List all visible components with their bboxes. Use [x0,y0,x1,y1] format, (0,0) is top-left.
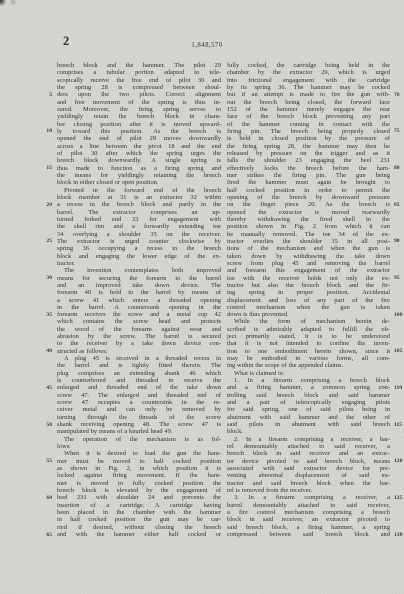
text-line: scribed is admirably adapted to fulfill … [227,326,390,333]
line-text: ing spring in proper position. Accidenta… [227,289,390,296]
text-line: ly toward this position. As the breech i… [57,128,221,135]
text-line: into frictional engagement with the cart… [227,77,390,84]
line-text: mer strikes the firing pin. The gun bein… [227,172,390,179]
text-line: said pilots in abutment with said breech… [227,421,390,428]
line-text: that it is not intended to confine the i… [227,340,390,347]
text-line: screw 47 occupies a countersink in the r… [57,399,221,406]
text-line: means for securing the forearm to the ba… [57,275,221,282]
text-line: 3. In a firearm comprising a receiver, a… [227,494,390,501]
line-text: tractor overlies the shoulder 35 in all … [227,238,390,245]
line-number: 30 [46,275,52,282]
line-text: tions of the mechanism and when the gun … [227,245,390,252]
text-line: tractor and said breech block when the b… [227,480,390,487]
text-line: ing spring in proper position. Accidenta… [227,289,390,296]
text-line: tractor. [57,260,221,267]
line-text: insertion of a cartridge. A cartridge ha… [57,502,221,509]
line-text: Pivoted in the forward end of the breech [64,187,221,194]
patent-page: 2 1,848,570 breech block and the hammer.… [0,0,404,594]
text-line: screw from plug 45 and removing the barr… [227,260,390,267]
text-line: rel is removed from the receiver. [227,487,390,494]
line-text: heel 231 with shoulder 24 and prevents t… [57,494,221,501]
line-text: of the hammer coming in contact with the [227,121,390,128]
text-line: tractor overlies the shoulder 35 in all … [227,238,390,245]
text-line: 34 overlying a shoulder 35 on the receiv… [57,231,221,238]
line-text: forearm receives the screw and a metal c… [57,311,221,318]
text-line: tractor but also the breech block and th… [227,282,390,289]
patent-number: 1,848,570 [57,42,357,49]
text-line: and free movement of the spring is thus … [57,99,221,106]
line-text: plug comprises an extending shank 46 whi… [57,370,221,377]
line-text: ders upon the two pilots. Correct alignm… [57,91,221,98]
line-text: the shell rim and a forwardly extending … [57,223,221,230]
text-line: The invention contemplates both improved [57,267,221,274]
text-line: The operation of the mechanism is as fol… [57,436,221,443]
line-text: breech block downwardly. A single spring… [57,157,221,164]
text-line: in the barrel. A countersunk opening in … [57,304,221,311]
text-line: which contains the screw head and protec… [57,318,221,325]
line-text: screw from plug 45 and removing the barr… [227,260,390,267]
text-line: ing within the scope of the appended cla… [227,362,390,369]
line-text: While the form of mechanism herein de- [234,318,390,325]
line-text: 152 of the hammer merely engages the rea… [227,106,390,113]
text-line: a fire control mechanism comprising a br… [227,509,390,516]
line-text: to the receiver by a take down device co… [57,340,221,347]
line-text: block and engaging the lower edge of the… [57,253,221,260]
line-number: 40 [46,348,52,355]
text-line: locked against firing movement. If the h… [57,472,221,479]
text-line: thus made to function as a firing spring… [57,165,221,172]
line-text: the means for yieldingly retaining the b… [57,172,221,179]
text-line: and an improved take down device. The [57,282,221,289]
line-text: breech block in said receiver and an ext… [227,450,390,457]
line-text: firing pin. The breech being properly cl… [227,128,390,135]
text-line: taken down by withdrawing the take down [227,253,390,260]
text-line: plug comprises an extending shank 46 whi… [57,370,221,377]
line-text: been placed in the chamber with the hamm… [57,509,221,516]
line-text: compressed between said breech block and [227,531,390,538]
line-text: forearm 40 is held to the barrel by mean… [57,289,221,296]
text-line: tor device pivoted to said breech block,… [227,458,390,465]
line-text: into frictional engagement with the cart… [227,77,390,84]
text-line: a screw 41 which enters a threaded openi… [57,297,221,304]
text-line: 2. In a firearm comprising a receiver, a… [227,436,390,443]
line-text: barrel. The extractor comprises an up- [57,209,221,216]
line-text: in the barrel. A countersunk opening in … [57,304,221,311]
line-number: 80 [394,165,400,172]
line-text: a recess in the breech block and partly … [57,201,221,208]
line-number: 10 [46,128,52,135]
line-text: said pilots in abutment with said breech [227,421,390,428]
line-text: block in said receiver, an extractor piv… [227,516,390,523]
line-text: ing within the scope of the appended cla… [227,362,343,369]
line-text: a screw 41 which enters a threaded openi… [57,297,221,304]
line-text: effectively locks the breech before the … [227,165,390,172]
text-line: as shown in Fig. 2, in which position it… [57,465,221,472]
line-text: ried if desired, without closing the bre… [57,524,221,531]
text-line: rel demountably attached to said receive… [227,443,390,450]
line-text: comprises a tubular portion adapted to t… [57,69,221,76]
line-text: manipulated by means of a knurled head 4… [57,428,172,435]
line-text: turned forked end 33 for engagement with [57,216,221,223]
line-text: The operation of the mechanism is as fol… [64,436,221,443]
line-text: and a pair of telescopically engaging pi… [227,399,390,406]
line-text: When it is desired to load the gun the h… [64,450,221,457]
line-number: 125 [394,495,402,502]
line-number: 55 [46,458,52,465]
text-line: heel 231 with shoulder 24 and prevents t… [57,494,221,501]
text-line: ceiver metal and can only be removed by [57,406,221,413]
text-line: fired the hammer must again be brought t… [227,179,390,186]
text-line: displacement and loss of any part of the… [227,297,390,304]
text-line: breech block in said receiver and an ext… [227,450,390,457]
line-number: 85 [394,202,400,209]
line-text: ject primarily stated, it is to be under… [227,333,390,340]
text-line: block. [227,428,390,435]
text-line: The extractor is urged counter clockwise… [57,238,221,245]
text-line: ders upon the two pilots. Correct alignm… [57,91,221,98]
line-number: 75 [394,128,400,135]
line-text: for said spring, one of said pilots bein… [227,406,390,413]
line-text: block. [227,428,243,435]
text-line: barrel. The extractor comprises an up- [57,209,221,216]
text-line: lows: [57,443,221,450]
line-text: tion to one embodiment herein shown, sin… [227,348,390,355]
line-text: The invention contemplates both improved [64,267,221,274]
line-number: 110 [394,385,402,392]
line-text: tractor and said breech block when the b… [227,480,390,487]
line-text: position shown in Fig. 2 from which it c… [227,223,390,230]
line-text: block in either closed or open position. [57,179,159,186]
text-line: abutment with said hammer and the other … [227,414,390,421]
line-text: scribed is admirably adapted to fulfill … [227,326,390,333]
text-line: and a firing hammer, a common spring con… [227,384,390,391]
text-line: chamber by the extractor 29, which is ur… [227,69,390,76]
line-text: rel is removed from the receiver. [227,487,312,494]
text-line: ber closing position after it is moved u… [57,121,221,128]
text-line: comprises a tubular portion adapted to t… [57,69,221,76]
line-text: 2. In a firearm comprising a receiver, a… [234,436,390,443]
line-text: trolling said breech block and said hamm… [227,392,390,399]
text-line: be manually removed. The toe 34 of the e… [227,231,390,238]
text-line: block in either closed or open position. [57,179,221,186]
text-line: been placed in the chamber with the hamm… [57,509,221,516]
text-line: 152 of the hammer merely engages the rea… [227,106,390,113]
line-text: mer is moved to fully cocked position th… [57,480,221,487]
line-text: tractor. [57,260,75,267]
line-text: fully cocked, the cartridge being held i… [227,62,390,69]
text-line: of pilot 30 after which the spring urges… [57,150,221,157]
text-line: associated with said extractor device fo… [227,465,390,472]
text-line: block member at 31 is an extractor 32 wi… [57,194,221,201]
text-line: opened the extractor is moved rearwardly [227,209,390,216]
text-line: breech block is elevated by the engageme… [57,487,221,494]
line-text: breech block and the hammer. The pilot 2… [57,62,221,69]
line-text: the barrel and is tightly fitted therein… [57,362,221,369]
text-line: mer must be moved to half cocked positio… [57,458,221,465]
line-text: screw 47 occupies a countersink in the r… [57,399,221,406]
text-line: opening of the breech by downward pressu… [227,194,390,201]
line-number: 50 [46,422,52,429]
text-line: the means for yieldingly retaining the b… [57,172,221,179]
text-line: A plug 45 is received in a threaded rece… [57,355,221,362]
line-text: the wood of the forearm against wear and [57,326,221,333]
line-number: 115 [394,422,402,429]
line-text: ber closing position after it is moved u… [57,121,221,128]
line-text: 34 overlying a shoulder 35 on the receiv… [57,231,221,238]
line-text: lows: [57,443,71,450]
line-text: mer must be moved to half cocked positio… [57,458,221,465]
line-text: yieldingly retain the breech block in ch… [57,113,221,120]
line-text: opening of the breech by downward pressu… [227,194,390,201]
line-text: the spring 28 is compressed between shou… [57,84,221,91]
line-text: tractor but also the breech block and th… [227,282,390,289]
line-text: rel demountably attached to said receive… [227,443,390,450]
text-line: sured. Moreover, the firing spring serve… [57,106,221,113]
line-number: 70 [394,92,400,99]
text-line: fully cocked, the cartridge being held i… [227,62,390,69]
line-text: control mechanism when the gun is taken [227,304,390,311]
line-text: locked against firing movement. If the h… [57,472,221,479]
text-line: abrasion by the screw. The barrel is sec… [57,333,221,340]
line-text: and forearm this engagement of the extra… [227,267,390,274]
line-text: associated with said extractor device fo… [227,465,390,472]
line-text: scopically receive the free end of pilot… [57,77,221,84]
text-line: the wood of the forearm against wear and [57,326,221,333]
text-line: ried if desired, without closing the bre… [57,524,221,531]
line-text: may be embodied in various forms, all co… [227,355,390,362]
line-text: said breech block, a firing hammer, a sp… [227,524,390,531]
text-line: released by pressure on the trigger and … [227,150,390,157]
text-line: block and engaging the lower edge of the… [57,253,221,260]
text-line: Pivoted in the forward end of the breech [57,187,221,194]
text-line: manipulated by means of a knurled head 4… [57,428,221,435]
line-number: 60 [46,495,52,502]
line-text: abutment with said hammer and the other … [227,414,390,421]
line-text: face of the breech block preventing any … [227,113,390,120]
line-text: shank receiving opening 48. The screw 47… [57,421,221,428]
text-line: barrel demountably attached to said rece… [227,502,390,509]
line-text: out the breech being closed, the forward… [227,99,390,106]
line-text: abrasion by the screw. The barrel is sec… [57,333,221,340]
text-line: screw 47. The enlarged and threaded end … [57,392,221,399]
text-line: scopically receive the free end of pilot… [57,77,221,84]
text-line: block in said receiver, an extractor piv… [227,516,390,523]
text-line: said breech block, a firing hammer, a sp… [227,524,390,531]
line-text: down is thus prevented. [227,311,289,318]
text-line: ject primarily stated, it is to be under… [227,333,390,340]
line-text: a fire control mechanism comprising a br… [227,509,390,516]
text-line: down is thus prevented.100 [227,311,390,318]
line-text: thereby withdrawing the fired shell to t… [227,216,390,223]
text-line: effectively locks the breech before the … [227,165,390,172]
text-line: enlarged and threaded end of the take do… [57,384,221,391]
line-text: as shown in Fig. 2, in which position it… [57,465,221,472]
line-text: 3. In a firearm comprising a receiver, a [234,494,390,501]
text-line: compressed between said breech block and… [227,531,390,538]
line-number: 130 [394,532,402,539]
text-line: face of the breech block preventing any … [227,113,390,120]
text-line: opened the end of pilot 29 moves downwar… [57,135,221,142]
text-line: mer is moved to fully cocked position th… [57,480,221,487]
line-text: sured. Moreover, the firing spring serve… [57,106,221,113]
line-text: turning through the threads of the screw [57,414,221,421]
line-number: 95 [394,275,400,282]
text-line: the firing spring 28, the hammer may the… [227,143,390,150]
line-text: spring 36 occupying a recess in the bree… [57,245,221,252]
text-line: the barrel and is tightly fitted therein… [57,362,221,369]
line-text: in half cocked position the gun may be c… [57,516,221,523]
line-text: by its spring 36. The hammer may be cock… [227,84,390,91]
line-text: tor device pivoted to said breech block,… [227,458,390,465]
text-line: that it is not intended to confine the i… [227,340,390,347]
line-number: 20 [46,202,52,209]
line-number: 5 [49,92,52,99]
text-line: out the breech being closed, the forward… [227,99,390,106]
text-line: across a line between the pivot 18 and t… [57,143,221,150]
text-line: but if an attempt is made to fire the gu… [227,91,390,98]
line-text: ceiver metal and can only be removed by [57,406,221,413]
text-line: mer strikes the firing pin. The gun bein… [227,172,390,179]
text-line: turned forked end 33 for engagement with [57,216,221,223]
line-text: and an improved take down device. The [57,282,221,289]
line-number: 65 [46,532,52,539]
line-text: enlarged and threaded end of the take do… [57,384,221,391]
line-text: breech block is elevated by the engageme… [57,487,221,494]
line-text: across a line between the pivot 18 and t… [57,143,221,150]
line-text: of pilot 30 after which the spring urges… [57,150,221,157]
line-number: 90 [394,238,400,245]
text-line: on the finger piece 20. As the breech is… [227,201,390,208]
text-line: a recess in the breech block and partly … [57,201,221,208]
text-line: toe with the receiver holds not only the… [227,275,390,282]
text-line: and forearm this engagement of the extra… [227,267,390,274]
line-text: venting abnormal displacement of said ex… [227,472,390,479]
line-text: means for securing the forearm to the ba… [57,275,221,282]
text-line: yieldingly retain the breech block in ch… [57,113,221,120]
text-line: turning through the threads of the screw [57,414,221,421]
line-text: the firing spring 28, the hammer may the… [227,143,390,150]
line-text: ly toward this position. As the breech i… [57,128,221,135]
text-column-left: breech block and the hammer. The pilot 2… [57,62,221,538]
line-text: taken down by withdrawing the take down [227,253,390,260]
text-line: forearm receives the screw and a metal c… [57,311,221,318]
line-text: and free movement of the spring is thus … [57,99,221,106]
line-number: 120 [394,458,402,465]
text-line: the shell rim and a forwardly extending … [57,223,221,230]
text-line: insertion of a cartridge. A cartridge ha… [57,502,221,509]
line-text: and with the hammer either half cocked o… [57,531,221,538]
line-text: half cocked position in order to permit … [227,187,390,194]
text-line: breech block downwardly. A single spring… [57,157,221,164]
line-text: opened the extractor is moved rearwardly [227,209,390,216]
text-line: in half cocked position the gun may be c… [57,516,221,523]
text-line: forearm 40 is held to the barrel by mean… [57,289,221,296]
line-text: falls the shoulder 23 engaging the heel … [227,157,390,164]
text-line: half cocked position in order to permit … [227,187,390,194]
line-text: toe with the receiver holds not only the… [227,275,390,282]
text-line: trolling said breech block and said hamm… [227,392,390,399]
line-text: be manually removed. The toe 34 of the e… [227,231,390,238]
line-number: 35 [46,312,52,319]
line-text: block member at 31 is an extractor 32 wi… [57,194,221,201]
scanned-text-layer: 2 1,848,570 breech block and the hammer.… [0,0,404,594]
text-line: is counterbored and threaded to receive … [57,377,221,384]
text-line: What is claimed is: [227,370,390,377]
text-line: control mechanism when the gun is taken [227,304,390,311]
line-number: 25 [46,238,52,245]
line-text: on the finger piece 20. As the breech is [227,201,390,208]
text-line: of the hammer coming in contact with the [227,121,390,128]
text-line: venting abnormal displacement of said ex… [227,472,390,479]
text-line: spring 36 occupying a recess in the bree… [57,245,221,252]
text-line: structed as follows:40 [57,348,221,355]
text-line: While the form of mechanism herein de- [227,318,390,325]
text-line: tions of the mechanism and when the gun … [227,245,390,252]
line-text: What is claimed is: [234,370,284,377]
text-line: and a pair of telescopically engaging pi… [227,399,390,406]
line-text: screw 47. The enlarged and threaded end … [57,392,221,399]
line-number: 100 [394,312,402,319]
text-line: for said spring, one of said pilots bein… [227,406,390,413]
line-text: opened the end of pilot 29 moves downwar… [57,135,221,142]
line-text: thus made to function as a firing spring… [57,165,221,172]
text-line: is held in closed position by the pressu… [227,135,390,142]
line-text: which contains the screw head and protec… [57,318,221,325]
text-line: by its spring 36. The hammer may be cock… [227,84,390,91]
line-text: A plug 45 is received in a threaded rece… [64,355,221,362]
text-line: and with the hammer either half cocked o… [57,531,221,538]
line-text: is counterbored and threaded to receive … [57,377,221,384]
text-line: shank receiving opening 48. The screw 47… [57,421,221,428]
text-line: firing pin. The breech being properly cl… [227,128,390,135]
line-text: is held in closed position by the pressu… [227,135,390,142]
text-column-right: fully cocked, the cartridge being held i… [227,62,390,538]
text-line: position shown in Fig. 2 from which it c… [227,223,390,230]
text-line: thereby withdrawing the fired shell to t… [227,216,390,223]
line-text: chamber by the extractor 29, which is ur… [227,69,390,76]
text-line: may be embodied in various forms, all co… [227,355,390,362]
line-text: 1. In a firearm comprising a breech bloc… [234,377,390,384]
text-line: the spring 28 is compressed between shou… [57,84,221,91]
line-text: barrel demountably attached to said rece… [227,502,390,509]
line-number: 45 [46,385,52,392]
line-text: and a firing hammer, a common spring con… [227,384,390,391]
line-text: displacement and loss of any part of the… [227,297,390,304]
line-number: 15 [46,165,52,172]
text-line: breech block and the hammer. The pilot 2… [57,62,221,69]
line-text: The extractor is urged counter clockwise… [57,238,221,245]
text-line: tion to one embodiment herein shown, sin… [227,348,390,355]
text-line: falls the shoulder 23 engaging the heel … [227,157,390,164]
text-line: 1. In a firearm comprising a breech bloc… [227,377,390,384]
line-text: released by pressure on the trigger and … [227,150,390,157]
line-number: 105 [394,348,402,355]
text-line: When it is desired to load the gun the h… [57,450,221,457]
line-text: structed as follows: [57,348,107,355]
line-text: fired the hammer must again be brought t… [227,179,390,186]
text-line: to the receiver by a take down device co… [57,340,221,347]
line-text: but if an attempt is made to fire the gu… [227,91,390,98]
